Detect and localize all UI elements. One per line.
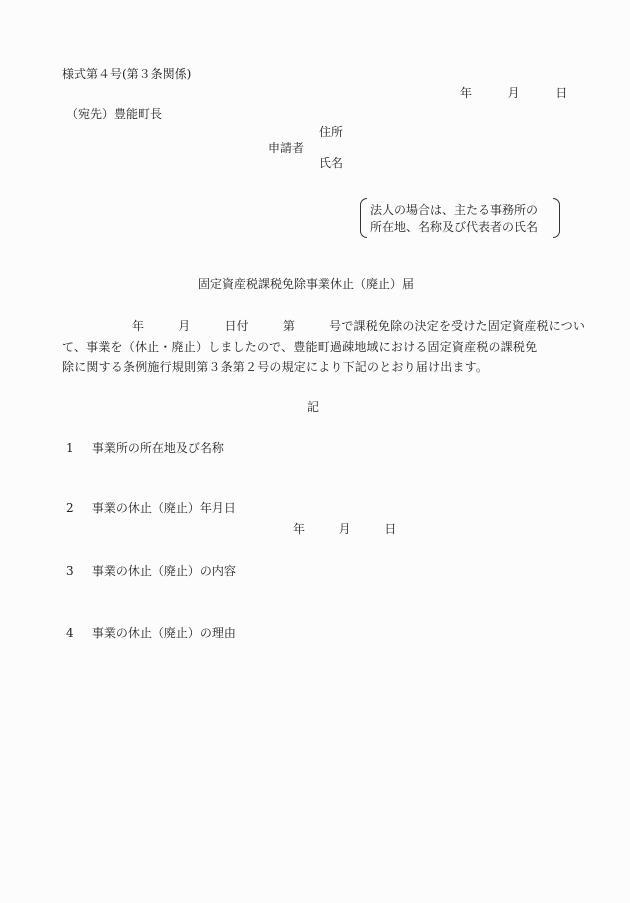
date-day-label: 日	[555, 87, 567, 99]
applicant-address-label: 住所	[319, 126, 343, 138]
addressee: （宛先）豊能町長	[66, 108, 162, 120]
corporation-note-line2: 所在地、名称及び代表者の氏名	[370, 219, 538, 236]
right-bracket	[553, 198, 560, 238]
item-4-label: 事業の休止（廃止）の理由	[92, 626, 236, 640]
item-3: 3 事業の休止（廃止）の内容	[66, 565, 236, 577]
item-2-year-label: 年	[293, 523, 305, 535]
item-2: 2 事業の休止（廃止）年月日	[66, 502, 236, 514]
submission-date: 年 月 日	[460, 87, 567, 99]
document-page: 様式第４号(第３条関係) 年 月 日 （宛先）豊能町長 住所 申請者 氏名 法人…	[0, 0, 630, 903]
body-month-label: 月	[178, 319, 190, 333]
item-2-number: 2	[66, 502, 88, 514]
corporation-note: 法人の場合は、主たる事務所の 所在地、名称及び代表者の氏名	[360, 198, 560, 238]
date-year-label: 年	[460, 87, 472, 99]
date-month-label: 月	[508, 87, 520, 99]
body-day-label: 日付	[224, 319, 248, 333]
left-bracket	[360, 198, 367, 238]
item-3-number: 3	[66, 565, 88, 577]
item-4: 4 事業の休止（廃止）の理由	[66, 627, 236, 639]
corporation-note-text: 法人の場合は、主たる事務所の 所在地、名称及び代表者の氏名	[370, 202, 538, 236]
item-2-date: 年 月 日	[293, 523, 396, 535]
item-2-label: 事業の休止（廃止）年月日	[92, 501, 236, 515]
body-line-2: て、事業を（休止・廃止）しましたので、豊能町過疎地域における固定資産税の課税免	[62, 341, 537, 353]
corporation-note-line1: 法人の場合は、主たる事務所の	[370, 202, 538, 219]
item-2-month-label: 月	[339, 523, 351, 535]
applicant-name-label: 氏名	[319, 157, 343, 169]
ki-heading: 記	[307, 401, 319, 413]
body-number-prefix: 第	[283, 319, 295, 333]
item-4-number: 4	[66, 627, 88, 639]
form-number: 様式第４号(第３条関係)	[62, 68, 191, 80]
item-1-number: 1	[66, 442, 88, 454]
body-year-label: 年	[132, 319, 144, 333]
body-line-1: 年 月 日付 第 号で課税免除の決定を受けた固定資産税につい	[62, 320, 585, 332]
item-3-label: 事業の休止（廃止）の内容	[92, 564, 236, 578]
body-line-3: 除に関する条例施行規則第３条第２号の規定により下記のとおり届け出ます。	[62, 361, 488, 373]
item-1-label: 事業所の所在地及び名称	[92, 441, 224, 455]
item-2-day-label: 日	[384, 523, 396, 535]
item-1: 1 事業所の所在地及び名称	[66, 442, 224, 454]
document-title: 固定資産税課税免除事業休止（廃止）届	[198, 278, 414, 290]
body-line-1-rest: 号で課税免除の決定を受けた固定資産税につい	[329, 319, 585, 333]
applicant-label: 申請者	[268, 142, 304, 154]
